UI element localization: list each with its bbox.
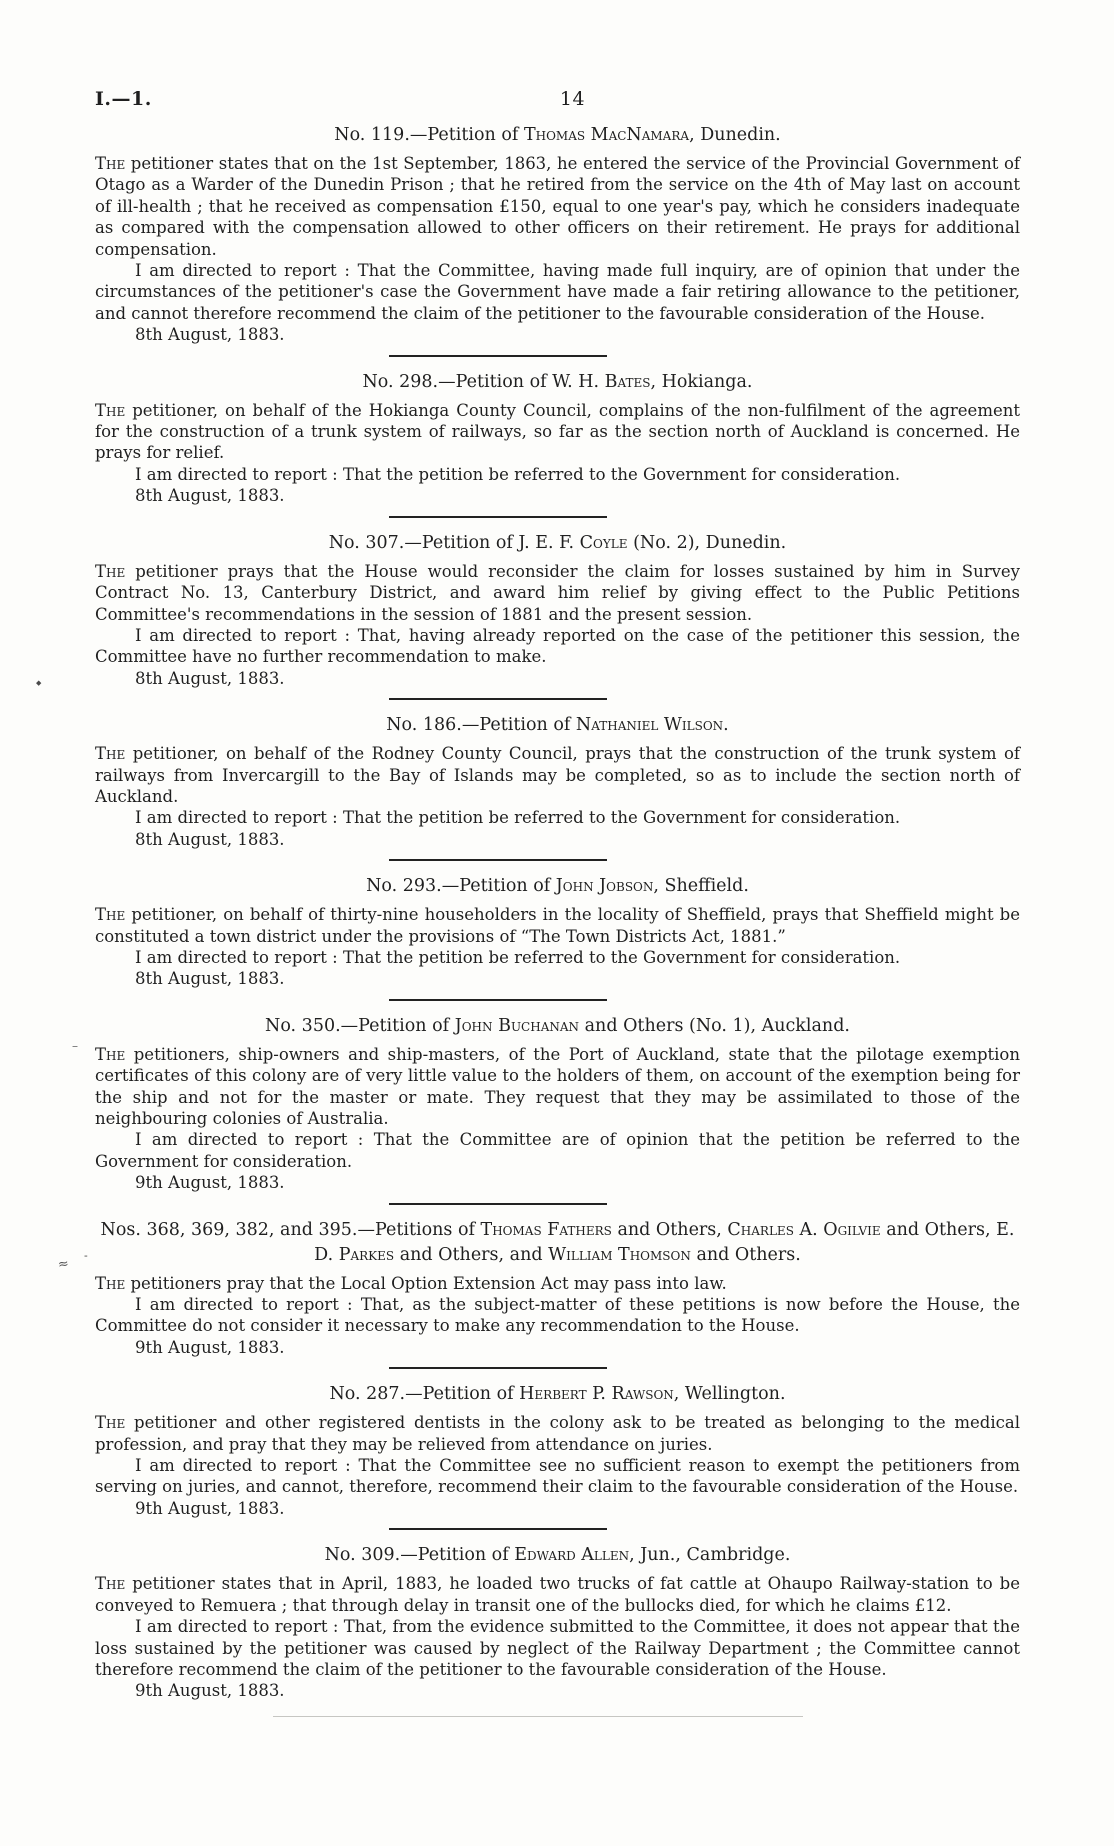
petition-statement: The petitioner, on behalf of the Rodney …	[95, 743, 1020, 807]
petition-heading: No. 350.—Petition of John Buchanan and O…	[95, 1014, 1020, 1039]
page-header: I.—1. 14	[95, 88, 1020, 110]
petition-statement: The petitioner prays that the House woul…	[95, 561, 1020, 625]
petition-date: 8th August, 1883.	[95, 324, 1020, 345]
petition-statement: The petitioners pray that the Local Opti…	[95, 1273, 1020, 1294]
petition-298: No. 298.—Petition of W. H. Bates, Hokian…	[95, 370, 1020, 518]
petition-statement: The petitioner states that on the 1st Se…	[95, 153, 1020, 260]
petitions-368-369-382-395: Nos. 368, 369, 382, and 395.—Petitions o…	[95, 1218, 1020, 1370]
petition-heading: No. 298.—Petition of W. H. Bates, Hokian…	[95, 370, 1020, 395]
petition-heading: Nos. 368, 369, 382, and 395.—Petitions o…	[95, 1218, 1020, 1268]
petition-119: No. 119.—Petition of Thomas MacNamara, D…	[95, 123, 1020, 357]
section-divider	[389, 999, 607, 1001]
committee-report: I am directed to report : That the petit…	[95, 807, 1020, 828]
committee-report: I am directed to report : That, having a…	[95, 625, 1020, 668]
section-divider	[389, 698, 607, 700]
petition-heading: No. 307.—Petition of J. E. F. Coyle (No.…	[95, 531, 1020, 556]
section-divider	[389, 1203, 607, 1205]
petition-307: No. 307.—Petition of J. E. F. Coyle (No.…	[95, 531, 1020, 700]
petition-date: 8th August, 1883.	[95, 829, 1020, 850]
petition-186: No. 186.—Petition of Nathaniel Wilson. T…	[95, 713, 1020, 861]
committee-report: I am directed to report : That, from the…	[95, 1616, 1020, 1680]
petition-309: No. 309.—Petition of Edward Allen, Jun.,…	[95, 1543, 1020, 1716]
petition-date: 8th August, 1883.	[95, 485, 1020, 506]
committee-report: I am directed to report : That the Commi…	[95, 1129, 1020, 1172]
petition-date: 9th August, 1883.	[95, 1680, 1020, 1701]
scan-artifact: ◆	[36, 680, 41, 687]
petition-date: 8th August, 1883.	[95, 668, 1020, 689]
petition-heading: No. 186.—Petition of Nathaniel Wilson.	[95, 713, 1020, 738]
section-divider	[389, 1528, 607, 1530]
petition-293: No. 293.—Petition of John Jobson, Sheffi…	[95, 874, 1020, 1001]
petition-heading: No. 293.—Petition of John Jobson, Sheffi…	[95, 874, 1020, 899]
scan-artifact: –	[72, 1040, 78, 1052]
section-divider	[389, 1367, 607, 1369]
committee-report: I am directed to report : That the petit…	[95, 464, 1020, 485]
petition-date: 9th August, 1883.	[95, 1498, 1020, 1519]
petition-350: No. 350.—Petition of John Buchanan and O…	[95, 1014, 1020, 1205]
committee-report: I am directed to report : That the Commi…	[95, 1455, 1020, 1498]
petition-date: 8th August, 1883.	[95, 968, 1020, 989]
committee-report: I am directed to report : That, as the s…	[95, 1294, 1020, 1337]
committee-report: I am directed to report : That the Commi…	[95, 260, 1020, 324]
scan-artifact: ≈	[57, 1257, 70, 1271]
petition-statement: The petitioner states that in April, 188…	[95, 1573, 1020, 1616]
petition-date: 9th August, 1883.	[95, 1172, 1020, 1193]
petition-statement: The petitioner, on behalf of the Hokiang…	[95, 400, 1020, 464]
section-divider	[389, 859, 607, 861]
petition-heading: No. 287.—Petition of Herbert P. Rawson, …	[95, 1382, 1020, 1407]
petition-287: No. 287.—Petition of Herbert P. Rawson, …	[95, 1382, 1020, 1530]
petition-heading: No. 309.—Petition of Edward Allen, Jun.,…	[95, 1543, 1020, 1568]
petition-heading: No. 119.—Petition of Thomas MacNamara, D…	[95, 123, 1020, 148]
petition-statement: The petitioners, ship-owners and ship-ma…	[95, 1044, 1020, 1130]
scan-artifact: -	[84, 1250, 88, 1261]
committee-report: I am directed to report : That the petit…	[95, 947, 1020, 968]
petition-date: 9th August, 1883.	[95, 1337, 1020, 1358]
section-divider	[273, 1716, 803, 1717]
petition-statement: The petitioner, on behalf of thirty-nine…	[95, 904, 1020, 947]
section-divider	[389, 516, 607, 518]
petition-statement: The petitioner and other registered dent…	[95, 1412, 1020, 1455]
page-number: 14	[200, 88, 945, 110]
document-page: I.—1. 14 No. 119.—Petition of Thomas Mac…	[0, 0, 1114, 1846]
section-divider	[389, 355, 607, 357]
